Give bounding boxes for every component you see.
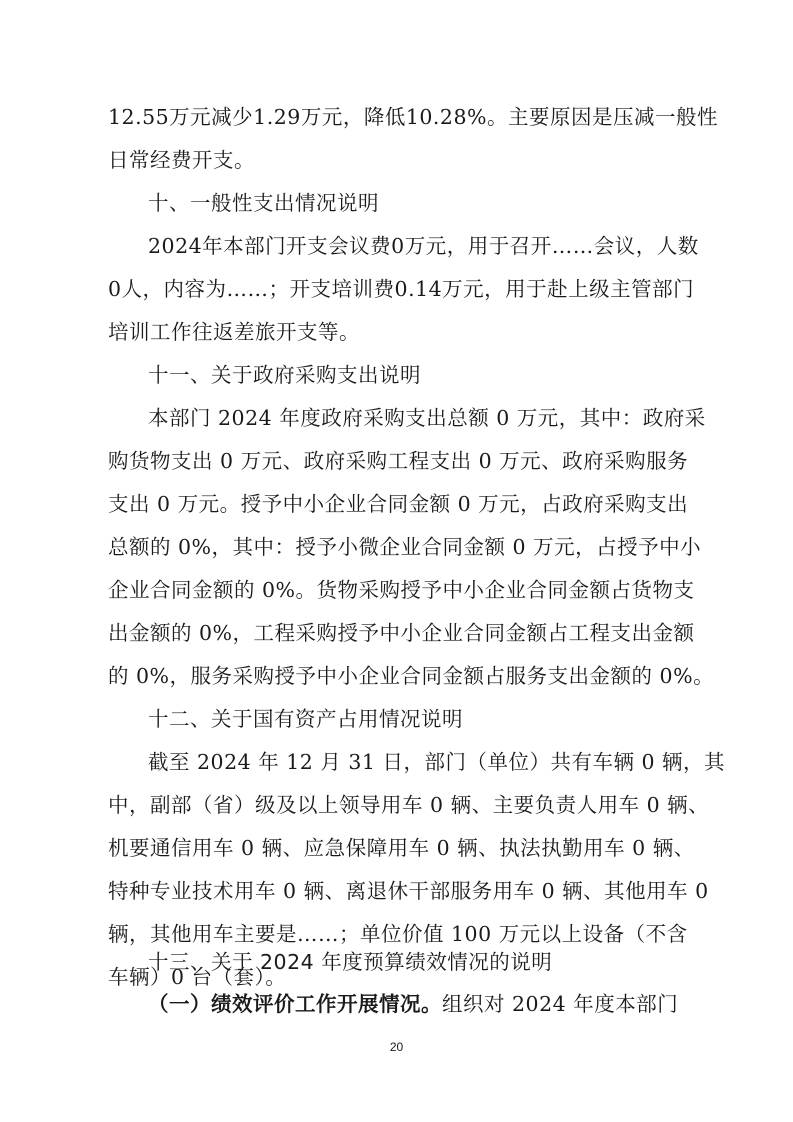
paragraph-line: 本部门 2024 年度政府采购支出总额 0 万元，其中：政府采: [148, 404, 685, 432]
subheading-line: （一）绩效评价工作开展情况。组织对 2024 年度本部门: [148, 990, 685, 1018]
section-heading-12: 十二、关于国有资产占用情况说明: [148, 705, 463, 733]
section-heading-13: 十三、关于 2024 年度预算绩效情况的说明: [148, 948, 552, 976]
paragraph-line: 培训工作往返差旅开支等。: [108, 318, 685, 346]
paragraph-line: 的 0%，服务采购授予中小企业合同金额占服务支出金额的 0%。: [108, 662, 685, 690]
paragraph-line: 特种专业技术用车 0 辆、离退休干部服务用车 0 辆、其他用车 0: [108, 877, 685, 905]
paragraph-line: 辆，其他用车主要是……；单位价值 100 万元以上设备（不含: [108, 920, 685, 948]
paragraph-line: 机要通信用车 0 辆、应急保障用车 0 辆、执法执勤用车 0 辆、: [108, 834, 685, 862]
paragraph-line: 支出 0 万元。授予中小企业合同金额 0 万元，占政府采购支出: [108, 490, 685, 518]
paragraph-line: 日常经费开支。: [108, 146, 685, 174]
paragraph-line: 购货物支出 0 万元、政府采购工程支出 0 万元、政府采购服务: [108, 447, 685, 475]
paragraph-line: 12.55万元减少1.29万元，降低10.28%。主要原因是压减一般性: [108, 103, 685, 131]
paragraph-line: 中，副部（省）级及以上领导用车 0 辆、主要负责人用车 0 辆、: [108, 791, 685, 819]
paragraph-line: 2024年本部门开支会议费0万元，用于召开……会议，人数: [148, 232, 685, 260]
subheading-bold: （一）绩效评价工作开展情况。: [148, 992, 442, 1016]
paragraph-line: 截至 2024 年 12 月 31 日，部门（单位）共有车辆 0 辆，其: [148, 748, 685, 776]
section-heading-10: 十、一般性支出情况说明: [148, 189, 379, 217]
page-number: 20: [0, 1040, 793, 1054]
subheading-text: 组织对 2024 年度本部门: [442, 992, 678, 1016]
document-page: 12.55万元减少1.29万元，降低10.28%。主要原因是压减一般性 日常经费…: [0, 0, 793, 1122]
paragraph-line: 0人，内容为……；开支培训费0.14万元，用于赴上级主管部门: [108, 275, 685, 303]
paragraph-line: 企业合同金额的 0%。货物采购授予中小企业合同金额占货物支: [108, 576, 685, 604]
paragraph-line: 出金额的 0%，工程采购授予中小企业合同金额占工程支出金额: [108, 619, 685, 647]
section-heading-11: 十一、关于政府采购支出说明: [148, 361, 421, 389]
paragraph-line: 总额的 0%，其中：授予小微企业合同金额 0 万元，占授予中小: [108, 533, 685, 561]
